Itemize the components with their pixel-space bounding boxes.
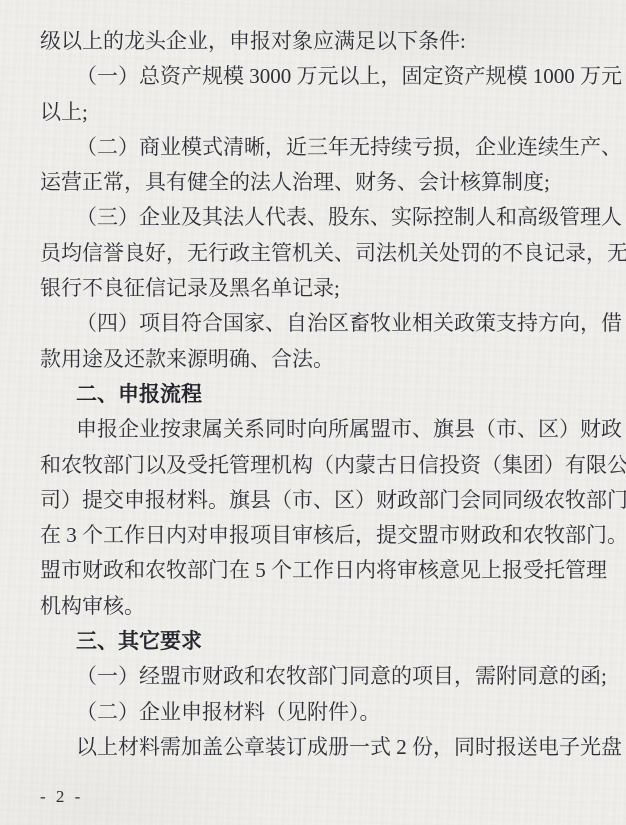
text-line: （一）总资产规模 3000 万元以上，固定资产规模 1000 万元 [40,59,602,94]
text-line: 运营正常，具有健全的法人治理、财务、会计核算制度; [40,165,602,200]
text-line: 司）提交申报材料。旗县（市、区）财政部门会同同级农牧部门 [40,483,602,518]
document-body: 级以上的龙头企业，申报对象应满足以下条件: （一）总资产规模 3000 万元以上… [40,24,602,765]
text-line: 和农牧部门以及受托管理机构（内蒙古日信投资（集团）有限公 [40,448,602,483]
text-line: 机构审核。 [40,589,602,624]
text-line: （二）商业模式清晰，近三年无持续亏损，企业连续生产、 [40,130,602,165]
text-line: 员均信誉良好，无行政主管机关、司法机关处罚的不良记录，无 [40,236,602,271]
text-line: 银行不良征信记录及黑名单记录; [40,271,602,306]
text-line: 以上材料需加盖公章装订成册一式 2 份，同时报送电子光盘 [40,730,602,765]
scanned-document-page: 级以上的龙头企业，申报对象应满足以下条件: （一）总资产规模 3000 万元以上… [0,0,626,825]
section-heading: 二、申报流程 [40,377,602,412]
text-line: （二）企业申报材料（见附件）。 [40,695,602,730]
text-line: 盟市财政和农牧部门在 5 个工作日内将审核意见上报受托管理 [40,553,602,588]
text-line: 申报企业按隶属关系同时向所属盟市、旗县（市、区）财政 [40,412,602,447]
text-line: 以上; [40,95,602,130]
text-line: 级以上的龙头企业，申报对象应满足以下条件: [40,24,602,59]
text-line: （三）企业及其法人代表、股东、实际控制人和高级管理人 [40,200,602,235]
text-line: （四）项目符合国家、自治区畜牧业相关政策支持方向，借 [40,306,602,341]
section-heading: 三、其它要求 [40,624,602,659]
page-number: - 2 - [40,787,83,807]
text-line: （一）经盟市财政和农牧部门同意的项目，需附同意的函; [40,659,602,694]
text-line: 在 3 个工作日内对申报项目审核后，提交盟市财政和农牧部门。 [40,518,602,553]
text-line: 款用途及还款来源明确、合法。 [40,342,602,377]
